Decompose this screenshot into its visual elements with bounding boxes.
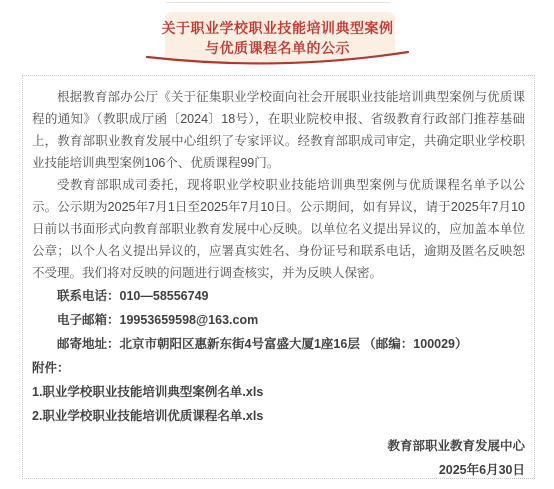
contact-address-value: 北京市朝阳区惠新东街4号富盛大厦1座16层 （邮编：100029）: [120, 337, 468, 351]
attachment-link-typical-cases[interactable]: 1.职业学校职业技能培训典型案例名单.xls: [32, 380, 525, 404]
banner-title-line2: 与优质课程名单的公示: [140, 39, 415, 58]
notice-content-box: 根据教育部办公厅《关于征集职业学校面向社会开展职业技能培训典型案例与优质课程的通…: [22, 75, 535, 479]
notice-paragraph-2: 受教育部职成司委托，现将职业学校职业技能培训典型案例与优质课程名单予以公示。公示…: [32, 174, 525, 284]
contact-address-line: 邮寄地址：北京市朝阳区惠新东街4号富盛大厦1座16层 （邮编：100029）: [32, 332, 525, 356]
contact-phone-line: 联系电话：010—58556749: [32, 284, 525, 308]
top-divider-line: [166, 2, 390, 3]
signature-organization: 教育部职业教育发展中心: [32, 434, 525, 458]
attachment-link-quality-courses[interactable]: 2.职业学校职业技能培训优质课程名单.xls: [32, 404, 525, 428]
contact-address-label: 邮寄地址：: [57, 337, 120, 351]
contact-phone-label: 联系电话：: [57, 289, 120, 303]
announcement-banner: 关于职业学校职业技能培训典型案例 与优质课程名单的公示: [140, 4, 415, 78]
attachments-heading: 附件：: [32, 356, 525, 380]
notice-paragraph-1: 根据教育部办公厅《关于征集职业学校面向社会开展职业技能培训典型案例与优质课程的通…: [32, 86, 525, 174]
contact-email-line: 电子邮箱：19953659598@163.com: [32, 308, 525, 332]
signature-date: 2025年6月30日: [32, 458, 525, 479]
contact-email-label: 电子邮箱：: [57, 313, 120, 327]
contact-email-value: 19953659598@163.com: [120, 313, 259, 327]
contact-phone-value: 010—58556749: [120, 289, 209, 303]
banner-title-line1: 关于职业学校职业技能培训典型案例: [140, 19, 415, 38]
signature-block: 教育部职业教育发展中心 2025年6月30日: [32, 434, 525, 479]
announcement-page: 关于职业学校职业技能培训典型案例 与优质课程名单的公示 根据教育部办公厅《关于征…: [0, 0, 554, 489]
